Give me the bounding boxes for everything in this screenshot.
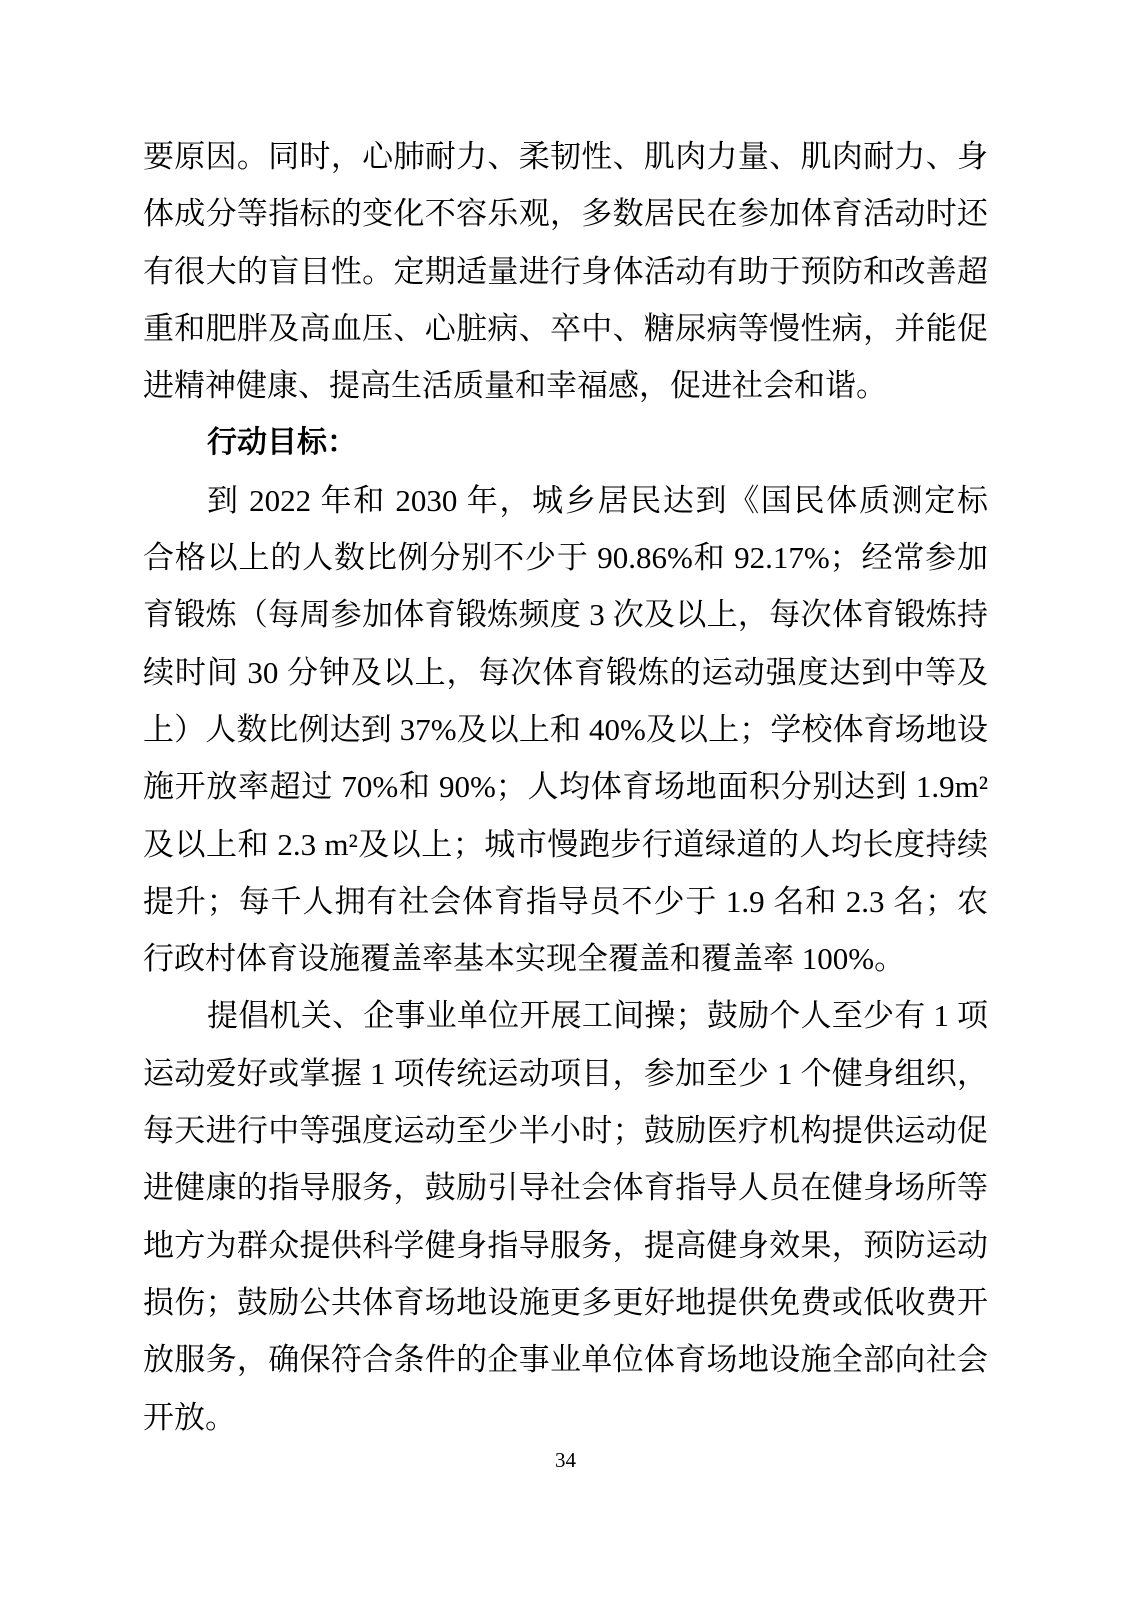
text-line: 进精神健康、提高生活质量和幸福感，促进社会和谐。 <box>143 357 988 414</box>
document-page: 要原因。同时，心肺耐力、柔韧性、肌肉力量、肌肉耐力、身体成分等指标的变化不容乐观… <box>0 0 1131 1600</box>
text-line: 施开放率超过 70%和 90%；人均体育场地面积分别达到 1.9m² <box>143 758 988 815</box>
text-line: 提倡机关、企事业单位开展工间操；鼓励个人至少有 1 项 <box>143 987 988 1044</box>
text-line: 每天进行中等强度运动至少半小时；鼓励医疗机构提供运动促 <box>143 1102 988 1159</box>
text-line: 合格以上的人数比例分别不少于 90.86%和 92.17%；经常参加体 <box>143 529 988 586</box>
text-line: 地方为群众提供科学健身指导服务，提高健身效果，预防运动 <box>143 1217 988 1274</box>
text-line: 提升；每千人拥有社会体育指导员不少于 1.9 名和 2.3 名；农村 <box>143 873 988 930</box>
text-line: 损伤；鼓励公共体育场地设施更多更好地提供免费或低收费开 <box>143 1274 988 1331</box>
section-heading: 行动目标： <box>143 414 988 471</box>
text-line: 进健康的指导服务，鼓励引导社会体育指导人员在健身场所等 <box>143 1159 988 1216</box>
text-line: 及以上和 2.3 m²及以上；城市慢跑步行道绿道的人均长度持续 <box>143 816 988 873</box>
text-line: 行政村体育设施覆盖率基本实现全覆盖和覆盖率 100%。 <box>143 930 988 987</box>
text-line: 重和肥胖及高血压、心脏病、卒中、糖尿病等慢性病，并能促 <box>143 300 988 357</box>
text-line: 运动爱好或掌握 1 项传统运动项目，参加至少 1 个健身组织， <box>143 1045 988 1102</box>
text-line: 开放。 <box>143 1389 988 1446</box>
text-block: 要原因。同时，心肺耐力、柔韧性、肌肉力量、肌肉耐力、身体成分等指标的变化不容乐观… <box>143 128 988 1446</box>
page-number: 34 <box>0 1448 1131 1473</box>
text-line: 到 2022 年和 2030 年，城乡居民达到《国民体质测定标准》 <box>143 472 988 529</box>
text-line: 续时间 30 分钟及以上，每次体育锻炼的运动强度达到中等及以 <box>143 644 988 701</box>
text-line: 要原因。同时，心肺耐力、柔韧性、肌肉力量、肌肉耐力、身 <box>143 128 988 185</box>
text-line: 育锻炼（每周参加体育锻炼频度 3 次及以上，每次体育锻炼持 <box>143 586 988 643</box>
text-line: 有很大的盲目性。定期适量进行身体活动有助于预防和改善超 <box>143 243 988 300</box>
text-line: 上）人数比例达到 37%及以上和 40%及以上；学校体育场地设 <box>143 701 988 758</box>
text-line: 体成分等指标的变化不容乐观，多数居民在参加体育活动时还 <box>143 185 988 242</box>
text-line: 放服务，确保符合条件的企事业单位体育场地设施全部向社会 <box>143 1331 988 1388</box>
